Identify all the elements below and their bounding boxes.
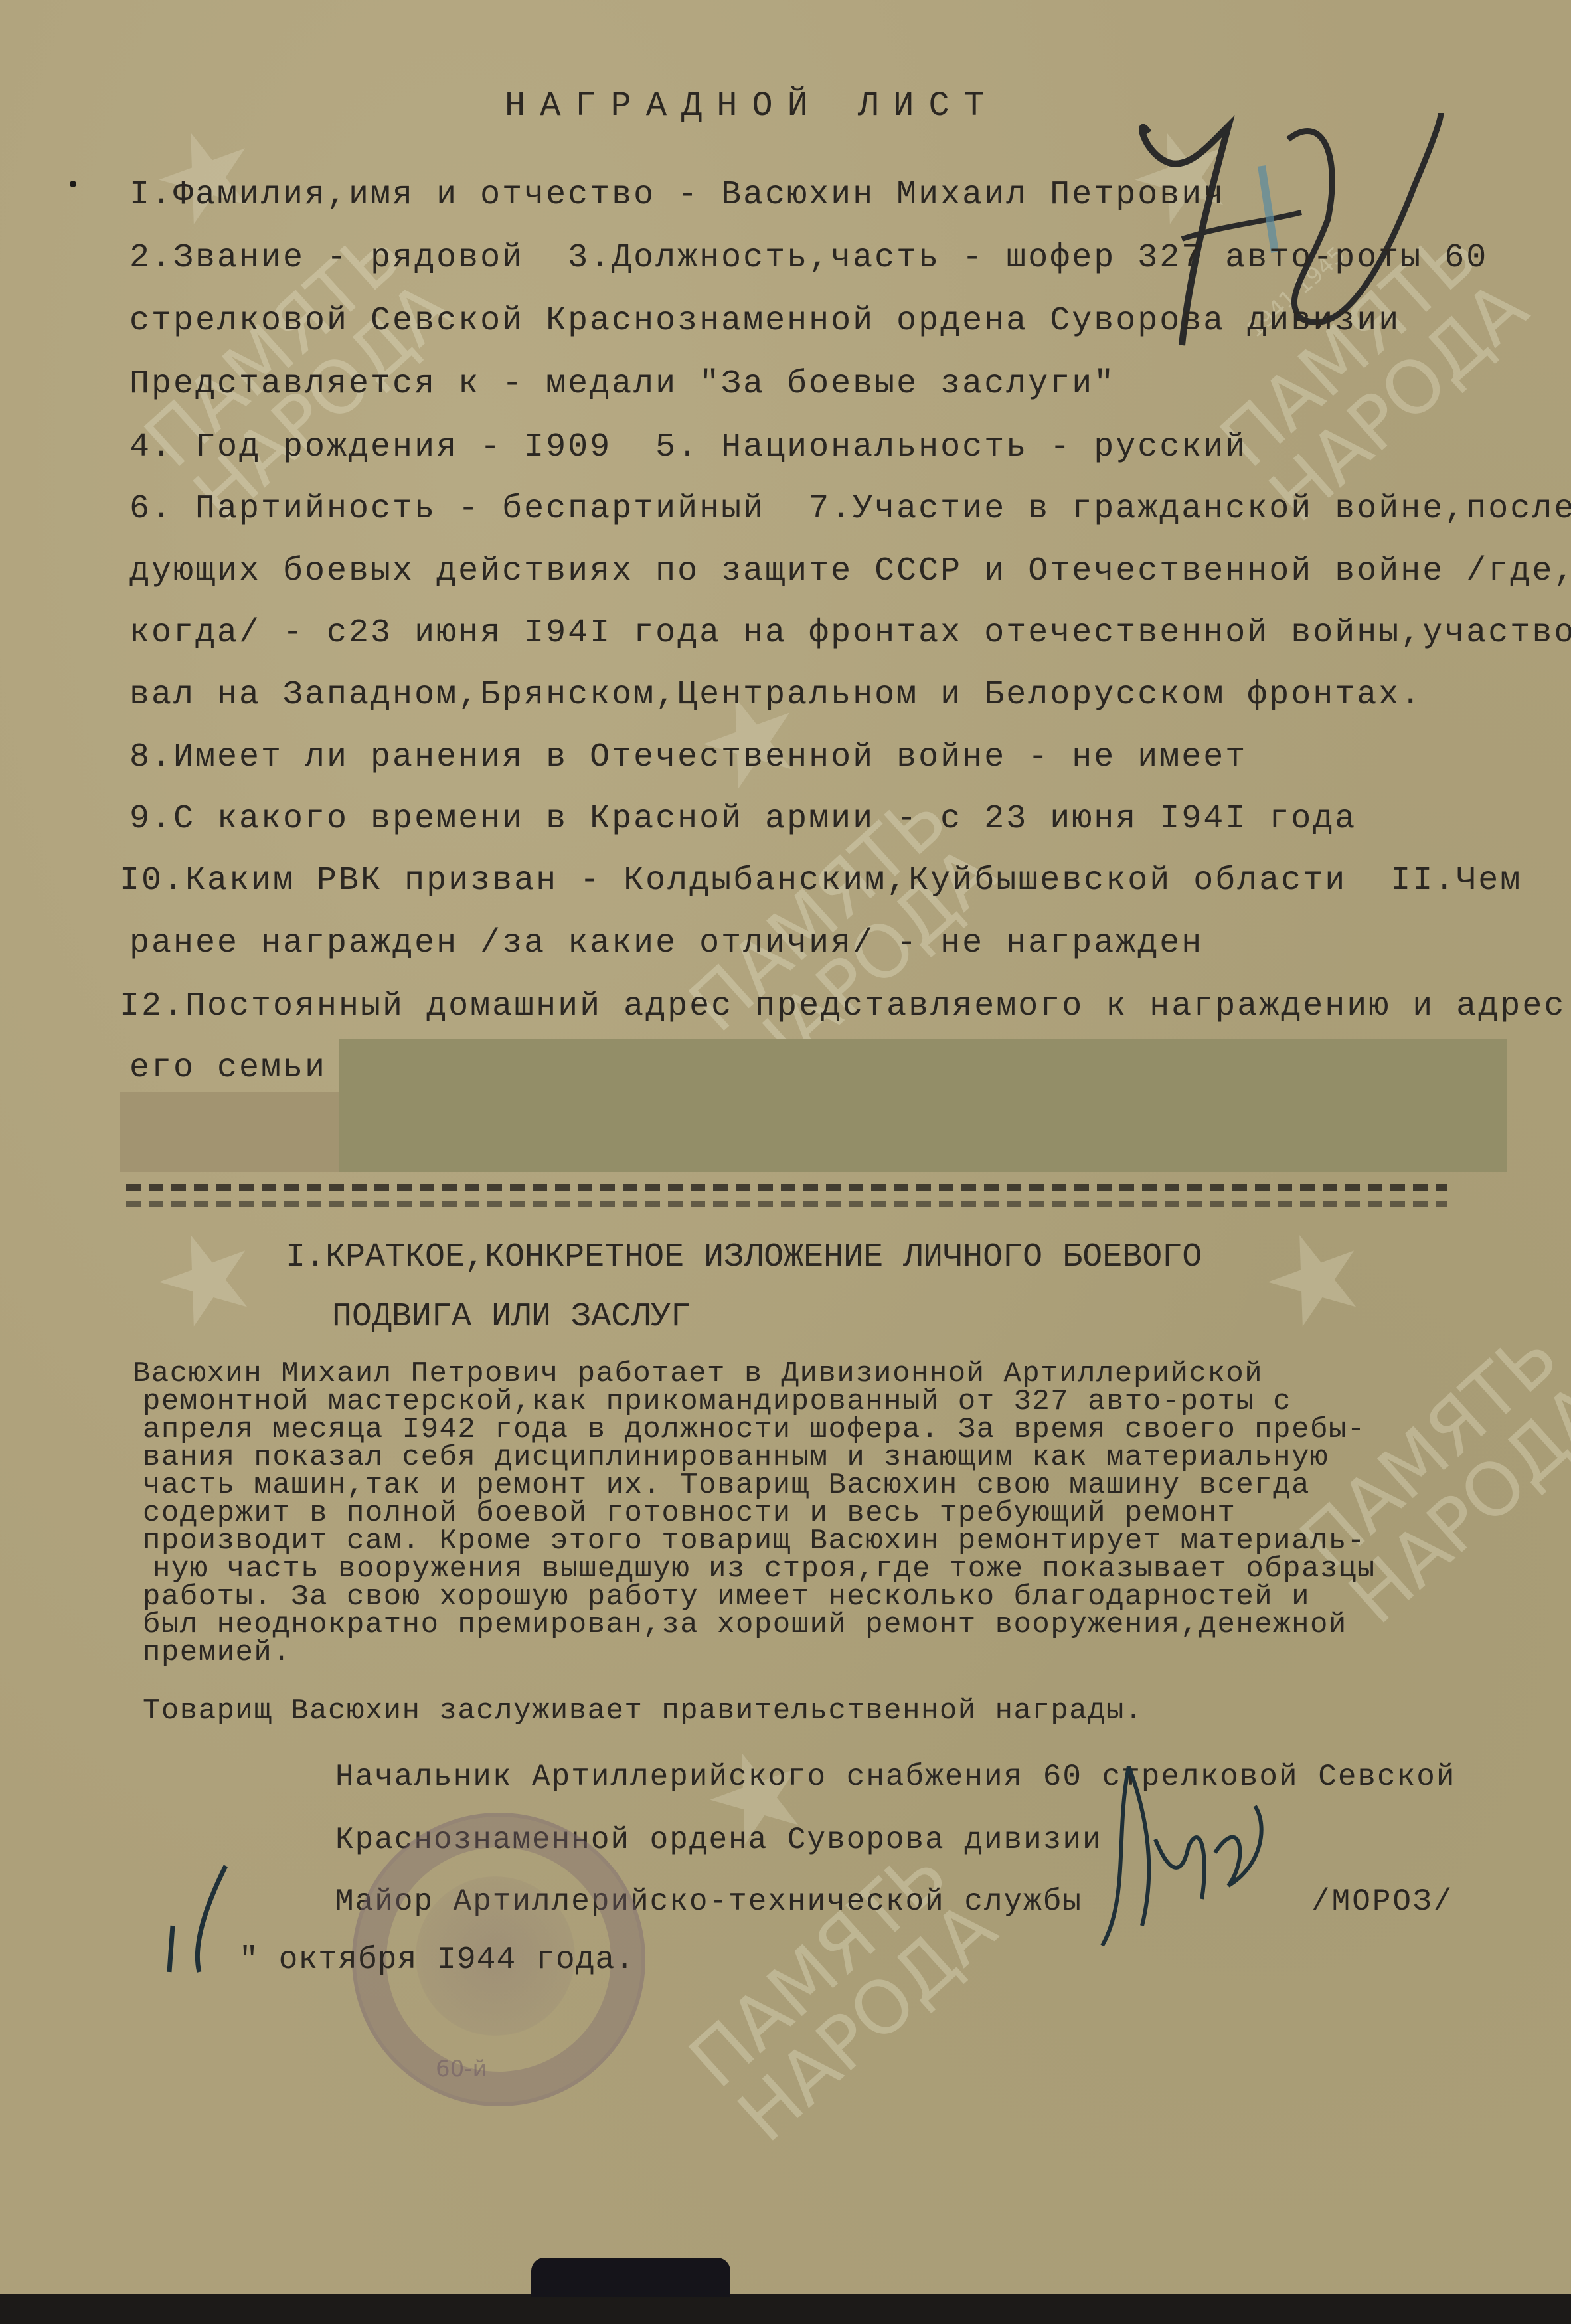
field-birth-nationality: 4. Год рождения - I909 5. Национальность…: [129, 428, 1247, 466]
field-family: его семьи -: [129, 1049, 371, 1087]
narrative-line: ремонтной мастерской,как прикомандирован…: [143, 1388, 1291, 1416]
narrative-line: вания показал себя дисциплинированным и …: [143, 1444, 1329, 1471]
narrative-line: Васюхин Михаил Петрович работает в Дивиз…: [133, 1360, 1263, 1388]
date-text: " октября I944 года.: [239, 1942, 635, 1978]
field-address: I2.Постоянный домашний адрес представляе…: [120, 987, 1566, 1025]
field-unit: стрелковой Севской Краснознаменной орден…: [129, 302, 1400, 340]
field-fronts: вал на Западном,Брянском,Центральном и Б…: [129, 676, 1422, 714]
handwritten-day: [153, 1853, 232, 1979]
field-full-name: I.Фамилия,имя и отчество - Васюхин Михаи…: [129, 176, 1225, 214]
document-title: НАГРАДНОЙ ЛИСТ: [505, 86, 999, 125]
separator-line: [126, 1184, 1447, 1191]
redaction-box: [120, 1092, 339, 1172]
narrative-line: содержит в полной боевой готовности и ве…: [143, 1499, 1236, 1527]
section-heading-cont: ПОДВИГА ИЛИ ЗАСЛУГ: [332, 1298, 691, 1336]
margin-mark: [70, 181, 76, 187]
redaction-box: [339, 1039, 1507, 1172]
field-service-start: 9.С какого времени в Красной армии - с 2…: [129, 800, 1357, 838]
signature-scrawl: [1089, 1753, 1328, 1952]
narrative-line: премией.: [143, 1639, 291, 1667]
paper-tear: [531, 2258, 730, 2297]
field-award: Представляется к - медали "За боевые зас…: [129, 365, 1116, 403]
separator-line: [126, 1201, 1447, 1207]
scan-edge: [0, 2294, 1571, 2324]
narrative-line: работы. За свою хорошую работу имеет нес…: [143, 1583, 1310, 1611]
field-conscription: I0.Каким РВК призван - Колдыбанским,Куйб…: [120, 862, 1522, 900]
narrative-line: производит сам. Кроме этого товарищ Васю…: [143, 1527, 1366, 1555]
field-party: 6. Партийность - беспартийный 7.Участие …: [129, 490, 1571, 528]
narrative-line: часть машин,так и ремонт их. Товарищ Вас…: [143, 1471, 1310, 1499]
field-rank-position: 2.Звание - рядовой 3.Должность,часть - ш…: [129, 239, 1488, 277]
narrative-conclusion: Товарищ Васюхин заслуживает правительств…: [143, 1697, 1143, 1725]
stamp-text: 60-й: [436, 2056, 487, 2082]
signer-name: /МОРОЗ/: [1311, 1884, 1453, 1919]
field-participation: дующих боевых действиях по защите СССР и…: [129, 552, 1571, 590]
narrative-line: апреля месяца I942 года в должности шофе…: [143, 1416, 1366, 1444]
field-wounds: 8.Имеет ли ранения в Отечественной войне…: [129, 738, 1247, 776]
narrative-line: ную часть вооружения вышедшую из строя,г…: [153, 1555, 1376, 1583]
narrative-line: был неоднократно премирован,за хороший р…: [143, 1611, 1347, 1639]
field-participation-cont: когда/ - с23 июня I94I года на фронтах о…: [129, 614, 1571, 652]
section-heading: I.КРАТКОЕ,КОНКРЕТНОЕ ИЗЛОЖЕНИЕ ЛИЧНОГО Б…: [286, 1238, 1202, 1276]
field-previous-awards: ранее награжден /за какие отличия/ - не …: [129, 924, 1203, 962]
